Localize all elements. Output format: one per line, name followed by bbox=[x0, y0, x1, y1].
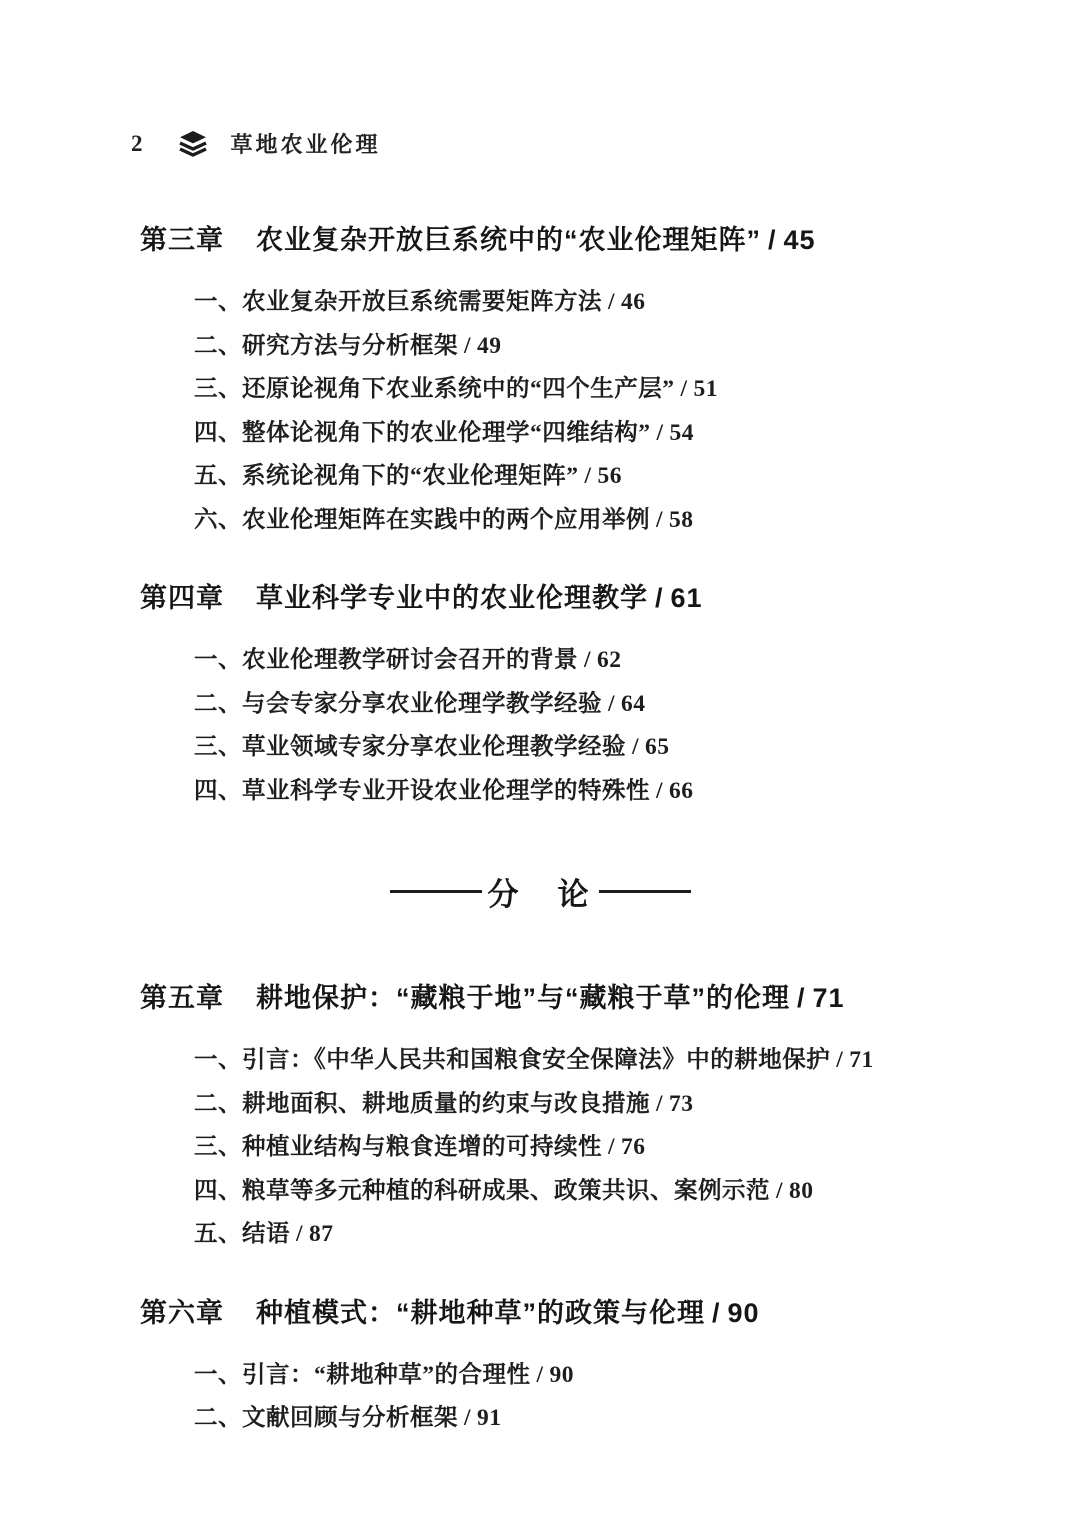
toc-item-page: 71 bbox=[849, 1047, 874, 1073]
toc-item: 六、农业伦理矩阵在实践中的两个应用举例/58 bbox=[140, 499, 950, 543]
toc-item: 四、粮草等多元种植的科研成果、政策共识、案例示范/80 bbox=[140, 1170, 950, 1214]
divider-label: 分 论 bbox=[482, 869, 599, 914]
toc-item-page: 64 bbox=[621, 691, 646, 717]
toc-item-page: 90 bbox=[550, 1362, 575, 1388]
stacked-leaves-icon bbox=[177, 130, 209, 158]
toc-item-text: 一、引言：“耕地种草”的合理性 bbox=[194, 1362, 531, 1388]
page-number: 2 bbox=[131, 131, 143, 157]
toc-item-page: 76 bbox=[621, 1134, 646, 1160]
toc-item: 三、还原论视角下农业系统中的“四个生产层”/51 bbox=[140, 368, 950, 412]
toc-item-text: 二、耕地面积、耕地质量的约束与改良措施 bbox=[194, 1091, 650, 1117]
page-separator: / bbox=[608, 1134, 615, 1160]
chapter-heading: 第三章农业复杂开放巨系统中的“农业伦理矩阵”/45 bbox=[140, 218, 950, 257]
page-separator: / bbox=[608, 691, 615, 717]
toc-item: 二、文献回顾与分析框架/91 bbox=[140, 1397, 950, 1441]
chapter-5-block: 第五章耕地保护：“藏粮于地”与“藏粮于草”的伦理/71 一、引言：《中华人民共和… bbox=[140, 976, 950, 1257]
toc-item-text: 六、农业伦理矩阵在实践中的两个应用举例 bbox=[194, 507, 650, 533]
toc-item-text: 五、系统论视角下的“农业伦理矩阵” bbox=[194, 463, 579, 489]
toc-item-page: 91 bbox=[477, 1405, 502, 1431]
toc-item-text: 三、种植业结构与粮食连增的可持续性 bbox=[194, 1134, 602, 1160]
page-separator: / bbox=[584, 647, 591, 673]
page-separator: / bbox=[464, 1405, 471, 1431]
toc-item-page: 73 bbox=[669, 1091, 694, 1117]
toc-item: 五、系统论视角下的“农业伦理矩阵”/56 bbox=[140, 455, 950, 499]
toc-item-text: 二、文献回顾与分析框架 bbox=[194, 1405, 458, 1431]
toc-item-text: 三、还原论视角下农业系统中的“四个生产层” bbox=[194, 376, 675, 402]
toc-item: 三、草业领域专家分享农业伦理教学经验/65 bbox=[140, 726, 950, 770]
running-header: 2 草地农业伦理 bbox=[131, 128, 381, 159]
section-divider: 分 论 bbox=[130, 869, 950, 914]
toc-item-text: 一、农业复杂开放巨系统需要矩阵方法 bbox=[194, 289, 602, 315]
toc-item-page: 87 bbox=[309, 1221, 334, 1247]
chapter-page: 71 bbox=[813, 983, 845, 1013]
page-separator: / bbox=[296, 1221, 303, 1247]
chapter-label: 第五章 bbox=[140, 983, 224, 1013]
page-separator: / bbox=[776, 1178, 783, 1204]
toc-item-page: 56 bbox=[598, 463, 623, 489]
page-separator: / bbox=[797, 983, 806, 1013]
toc-item: 二、与会专家分享农业伦理学教学经验/64 bbox=[140, 683, 950, 727]
toc-item-page: 51 bbox=[694, 376, 719, 402]
page-separator: / bbox=[768, 225, 777, 255]
toc-item-page: 58 bbox=[669, 507, 694, 533]
page-separator: / bbox=[836, 1047, 843, 1073]
toc-item-page: 65 bbox=[645, 734, 670, 760]
toc-item-text: 二、与会专家分享农业伦理学教学经验 bbox=[194, 691, 602, 717]
toc-item: 一、农业伦理教学研讨会召开的背景/62 bbox=[140, 639, 950, 683]
toc-item-page: 54 bbox=[670, 420, 695, 446]
chapter-3-block: 第三章农业复杂开放巨系统中的“农业伦理矩阵”/45 一、农业复杂开放巨系统需要矩… bbox=[140, 218, 950, 542]
toc-item: 五、结语/87 bbox=[140, 1213, 950, 1257]
chapter-label: 第四章 bbox=[140, 583, 224, 613]
page-separator: / bbox=[608, 289, 615, 315]
toc-item-text: 四、粮草等多元种植的科研成果、政策共识、案例示范 bbox=[194, 1178, 770, 1204]
chapter-page: 90 bbox=[728, 1298, 760, 1328]
chapter-label: 第六章 bbox=[140, 1298, 224, 1328]
toc-item-text: 五、结语 bbox=[194, 1221, 290, 1247]
toc-item-text: 一、引言：《中华人民共和国粮食安全保障法》中的耕地保护 bbox=[194, 1047, 830, 1073]
toc-item: 四、草业科学专业开设农业伦理学的特殊性/66 bbox=[140, 770, 950, 814]
toc-item: 四、整体论视角下的农业伦理学“四维结构”/54 bbox=[140, 412, 950, 456]
toc-item: 一、引言：《中华人民共和国粮食安全保障法》中的耕地保护/71 bbox=[140, 1039, 950, 1083]
chapter-heading: 第五章耕地保护：“藏粮于地”与“藏粮于草”的伦理/71 bbox=[140, 976, 950, 1015]
toc-item: 三、种植业结构与粮食连增的可持续性/76 bbox=[140, 1126, 950, 1170]
page-separator: / bbox=[464, 333, 471, 359]
toc-item-text: 四、整体论视角下的农业伦理学“四维结构” bbox=[194, 420, 651, 446]
page-separator: / bbox=[657, 420, 664, 446]
toc-item-text: 三、草业领域专家分享农业伦理教学经验 bbox=[194, 734, 626, 760]
toc-item-page: 66 bbox=[669, 778, 694, 804]
page-separator: / bbox=[537, 1362, 544, 1388]
chapter-page: 45 bbox=[784, 225, 816, 255]
chapter-title: 种植模式：“耕地种草”的政策与伦理 bbox=[256, 1298, 705, 1328]
divider-line bbox=[599, 890, 691, 893]
page-separator: / bbox=[656, 1091, 663, 1117]
toc-item: 二、耕地面积、耕地质量的约束与改良措施/73 bbox=[140, 1083, 950, 1127]
toc-item-page: 80 bbox=[789, 1178, 814, 1204]
chapter-title: 草业科学专业中的农业伦理教学 bbox=[256, 583, 648, 613]
page-separator: / bbox=[656, 507, 663, 533]
toc-item-text: 一、农业伦理教学研讨会召开的背景 bbox=[194, 647, 578, 673]
page-separator: / bbox=[656, 778, 663, 804]
chapter-page: 61 bbox=[671, 583, 703, 613]
chapter-4-block: 第四章草业科学专业中的农业伦理教学/61 一、农业伦理教学研讨会召开的背景/62… bbox=[140, 576, 950, 813]
chapter-label: 第三章 bbox=[140, 225, 224, 255]
toc-item-page: 62 bbox=[597, 647, 622, 673]
page-separator: / bbox=[712, 1298, 721, 1328]
toc-item: 一、引言：“耕地种草”的合理性/90 bbox=[140, 1354, 950, 1398]
table-of-contents: 第三章农业复杂开放巨系统中的“农业伦理矩阵”/45 一、农业复杂开放巨系统需要矩… bbox=[140, 218, 950, 1475]
page-separator: / bbox=[585, 463, 592, 489]
toc-item-text: 四、草业科学专业开设农业伦理学的特殊性 bbox=[194, 778, 650, 804]
chapter-6-block: 第六章种植模式：“耕地种草”的政策与伦理/90 一、引言：“耕地种草”的合理性/… bbox=[140, 1291, 950, 1441]
divider-line bbox=[390, 890, 482, 893]
toc-item-text: 二、研究方法与分析框架 bbox=[194, 333, 458, 359]
toc-item: 二、研究方法与分析框架/49 bbox=[140, 325, 950, 369]
page-separator: / bbox=[681, 376, 688, 402]
toc-item-page: 46 bbox=[621, 289, 646, 315]
toc-item-page: 49 bbox=[477, 333, 502, 359]
page-separator: / bbox=[655, 583, 664, 613]
chapter-heading: 第六章种植模式：“耕地种草”的政策与伦理/90 bbox=[140, 1291, 950, 1330]
chapter-heading: 第四章草业科学专业中的农业伦理教学/61 bbox=[140, 576, 950, 615]
chapter-title: 耕地保护：“藏粮于地”与“藏粮于草”的伦理 bbox=[256, 983, 790, 1013]
book-toc-page: 2 草地农业伦理 第三章农业复杂开放巨系统中的“农业伦理矩阵”/45 一、农业复… bbox=[0, 0, 1080, 1524]
page-separator: / bbox=[632, 734, 639, 760]
toc-item: 一、农业复杂开放巨系统需要矩阵方法/46 bbox=[140, 281, 950, 325]
book-title: 草地农业伦理 bbox=[231, 128, 381, 159]
chapter-title: 农业复杂开放巨系统中的“农业伦理矩阵” bbox=[256, 225, 761, 255]
